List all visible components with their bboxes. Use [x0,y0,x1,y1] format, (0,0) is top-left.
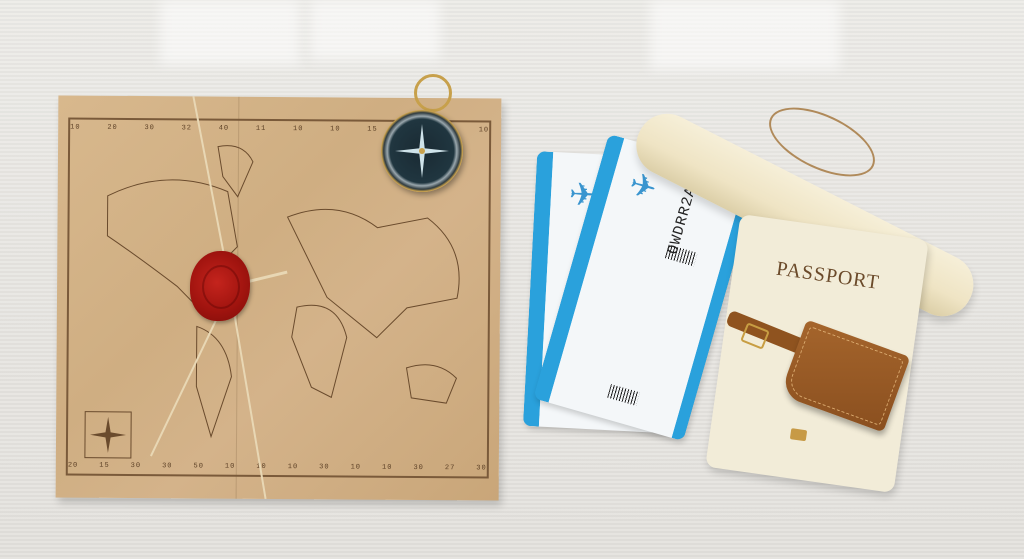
compass-rose-icon [84,411,132,459]
map-tick-label: 10 [479,126,489,134]
map-tick-label: 15 [99,462,109,470]
compass-ring [414,74,452,112]
map-tick-label: 10 [382,464,392,472]
light-patch [310,0,440,60]
passport-chip-icon [790,428,807,441]
map-tick-label: 15 [367,126,377,134]
passport-title: PASSPORT [732,252,923,301]
map-tick-label: 20 [68,462,78,470]
map-tick-label: 30 [413,464,423,472]
map-tick-label: 10 [70,124,80,132]
compass-needle-icon [381,110,463,192]
light-patch [160,0,300,65]
wax-seal [190,251,250,321]
map-tick-label: 30 [476,464,486,472]
pocket-compass [381,110,463,192]
map-tick-label: 10 [351,464,361,472]
barcode [665,245,698,267]
light-patch [650,0,840,70]
map-tick-label: 27 [445,464,455,472]
map-tick-label: 20 [107,124,117,132]
barcode [607,384,640,406]
